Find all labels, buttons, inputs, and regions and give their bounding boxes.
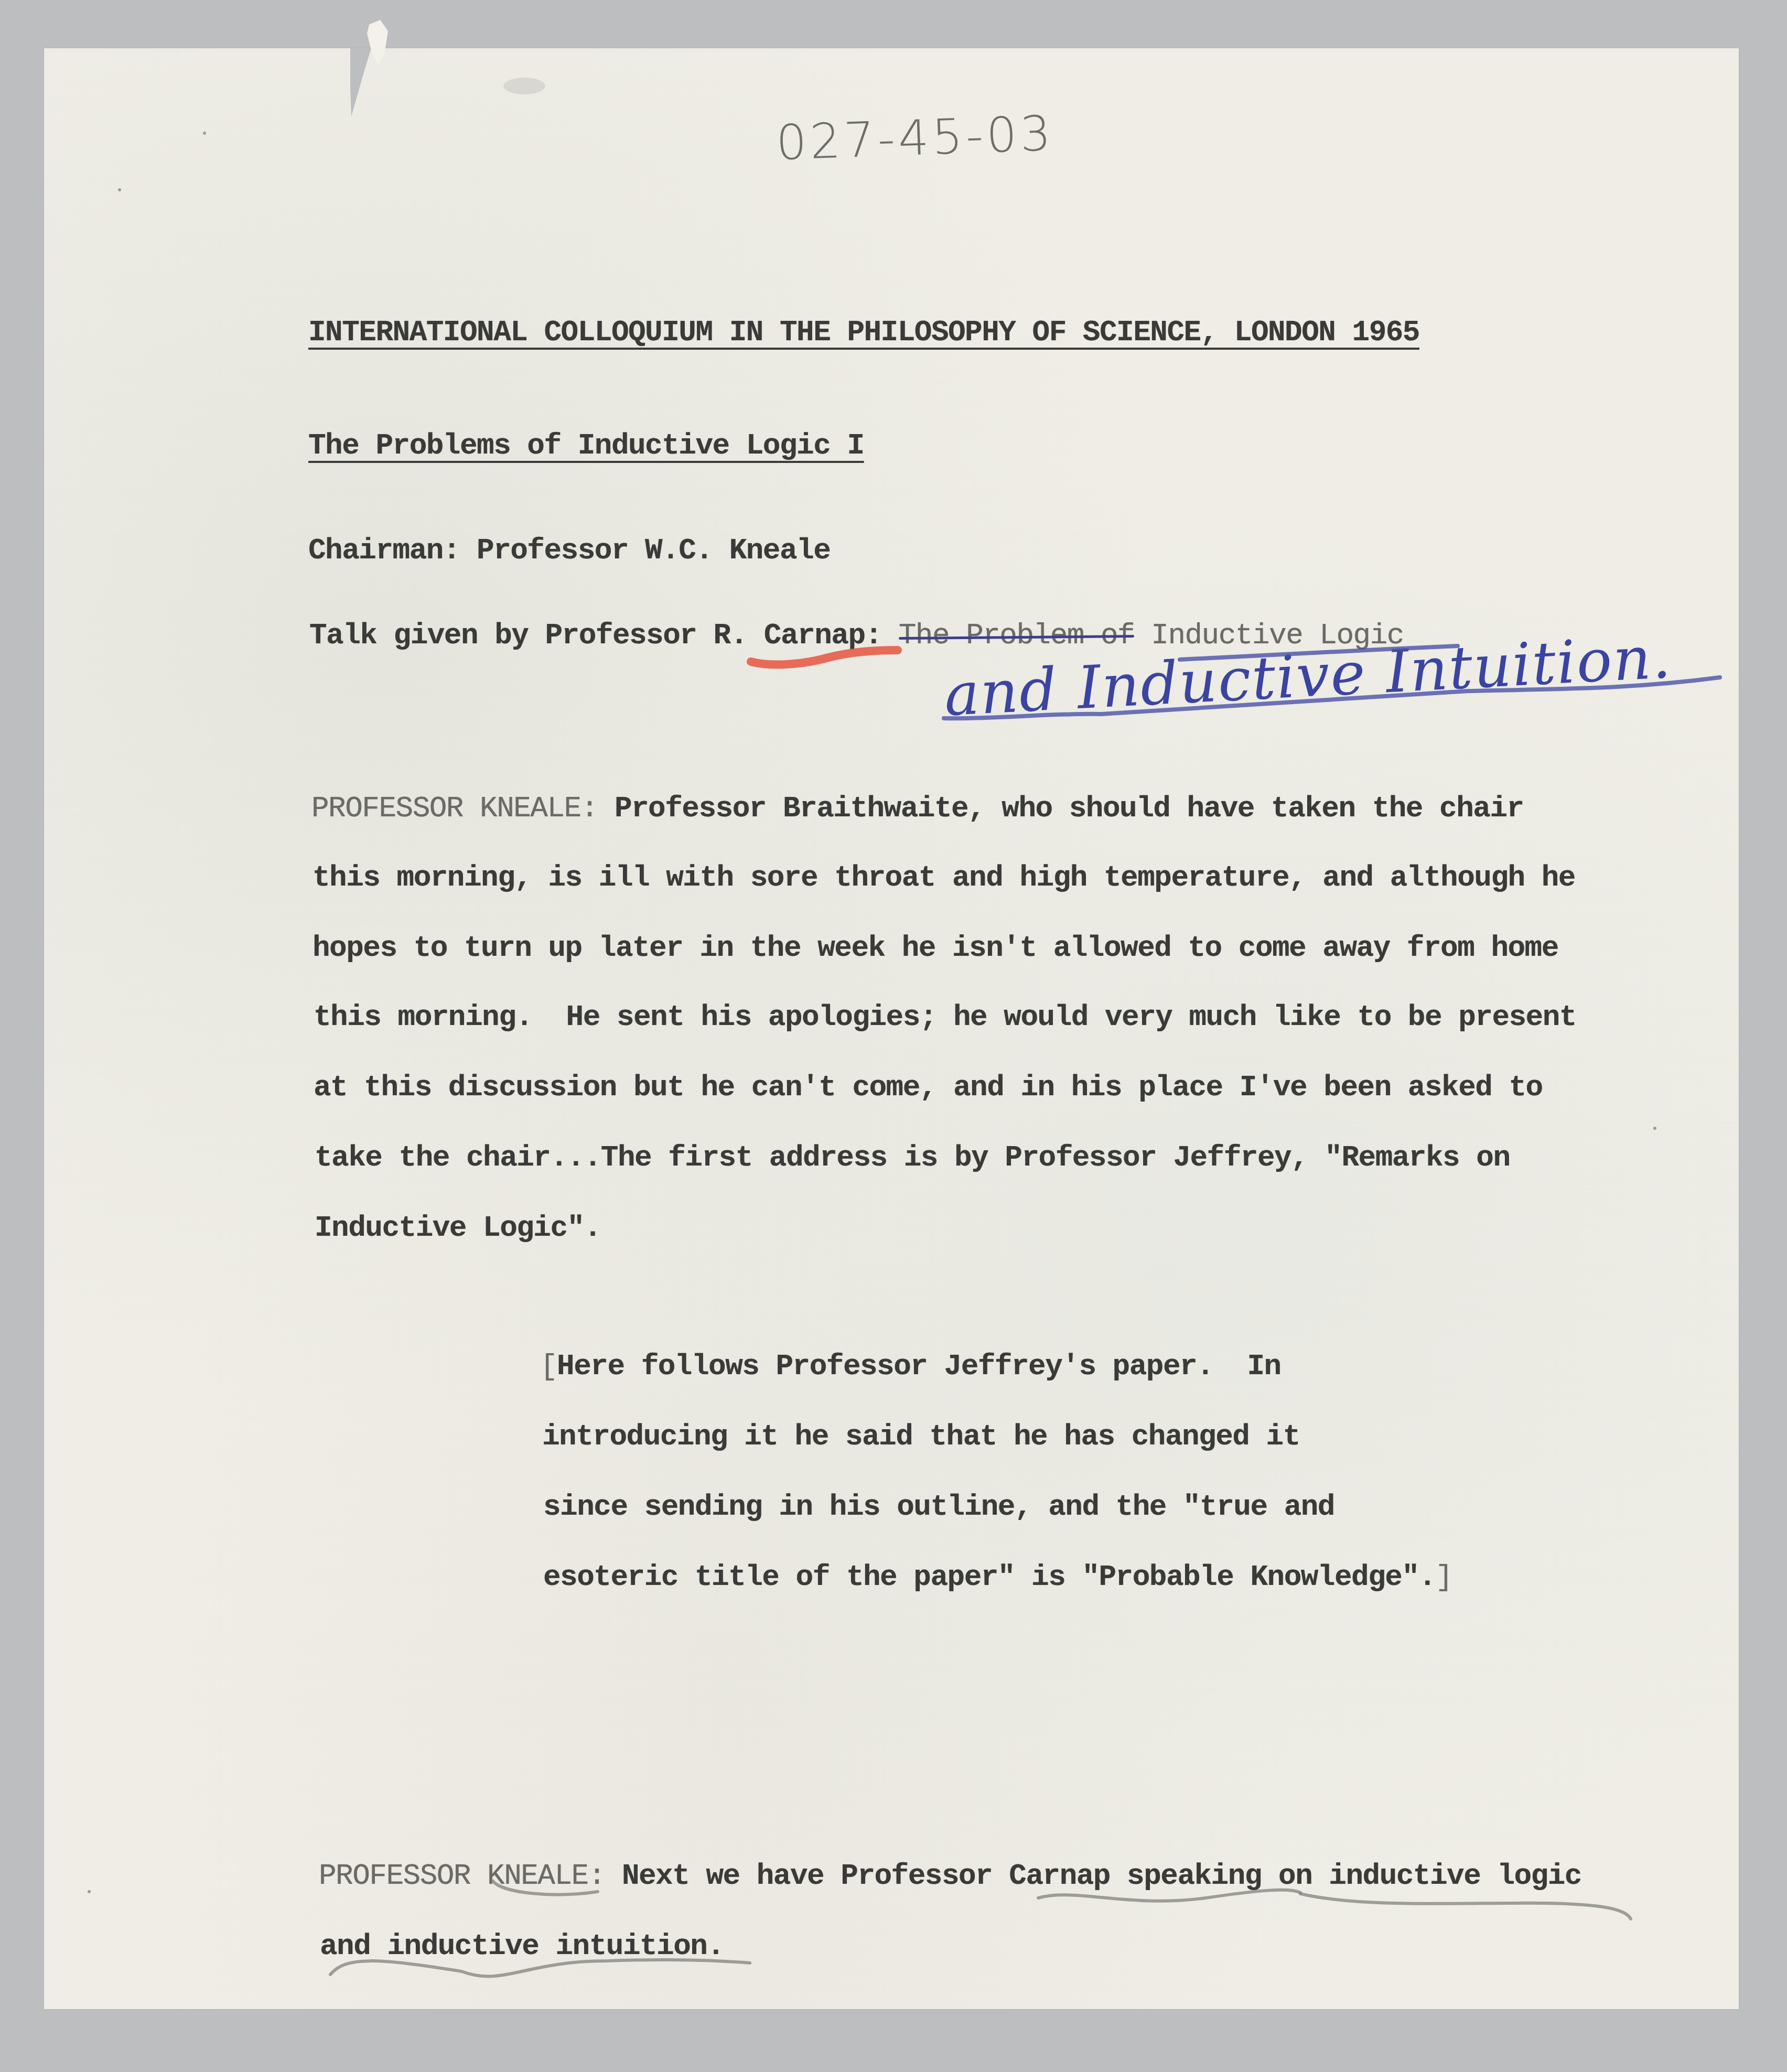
paragraph-1-line-3: hopes to turn up later in the week he is… xyxy=(313,931,1558,965)
editorial-note-line-1: [Here follows Professor Jeffrey's paper.… xyxy=(540,1350,1281,1383)
paragraph-1-line-1: PROFESSOR KNEALE: Professor Braithwaite,… xyxy=(311,792,1524,825)
talk-line-prefix: Talk given by Professor R. Carnap: xyxy=(309,619,882,652)
editorial-note-line-4: esoteric title of the paper" is "Probabl… xyxy=(543,1560,1452,1594)
paragraph-1-line-7: Inductive Logic". xyxy=(315,1211,601,1245)
paragraph-2-line-1: PROFESSOR KNEALE: Next we have Professor… xyxy=(319,1859,1581,1893)
editorial-note-line-3: since sending in his outline, and the "t… xyxy=(543,1490,1334,1524)
paragraph-2-line-2: and inductive intuition. xyxy=(320,1929,724,1963)
speaker-label: PROFESSOR KNEALE: xyxy=(319,1859,605,1893)
close-bracket: ] xyxy=(1436,1560,1452,1594)
document-heading: INTERNATIONAL COLLOQUIUM IN THE PHILOSOP… xyxy=(308,316,1419,349)
editorial-note-line-2: introducing it he said that he has chang… xyxy=(542,1420,1300,1453)
paragraph-1-line-5: at this discussion but he can't come, an… xyxy=(314,1071,1543,1104)
paragraph-1-line-4: this morning. He sent his apologies; he … xyxy=(314,1000,1576,1034)
chairman-line: Chairman: Professor W.C. Kneale xyxy=(308,534,830,567)
paragraph-1-line-6: take the chair...The first address is by… xyxy=(315,1141,1510,1174)
paragraph-1-line-2: this morning, is ill with sore throat an… xyxy=(313,861,1575,894)
open-bracket: [ xyxy=(540,1350,557,1383)
document-subheading: The Problems of Inductive Logic I xyxy=(308,429,864,462)
speaker-label: PROFESSOR KNEALE: xyxy=(311,792,598,825)
handwritten-reference-number: 027-45-03 xyxy=(775,105,1055,171)
struck-title-text: The Problem of xyxy=(899,619,1134,652)
